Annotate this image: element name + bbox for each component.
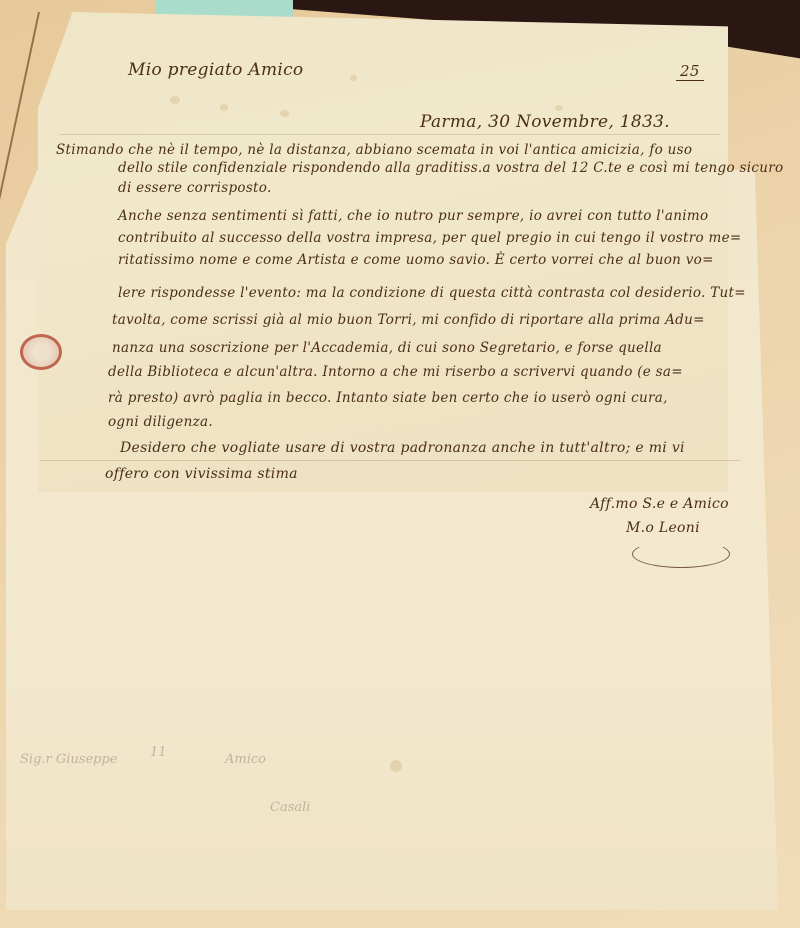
wax-seal-mark	[20, 334, 62, 370]
body-line: lere rispondesse l'evento: ma la condizi…	[118, 285, 746, 301]
signature-block: Aff.mo S.e e Amico M.o Leoni	[590, 492, 729, 540]
body-line: ogni diligenza.	[108, 414, 213, 430]
salutation: Mio pregiato Amico	[128, 60, 303, 80]
body-line: di essere corrisposto.	[118, 180, 272, 196]
body-line: Anche senza sentimenti sì fatti, che io …	[118, 208, 708, 224]
page-number: 25	[676, 62, 704, 81]
foxing-spot	[350, 75, 357, 81]
signature-flourish	[632, 540, 730, 568]
foxing-spot	[390, 760, 402, 772]
foxing-spot	[220, 104, 228, 111]
body-line: nanza una soscrizione per l'Accademia, d…	[112, 340, 662, 356]
body-line: ritatissimo nome e come Artista e come u…	[118, 252, 714, 268]
verso-fragment: Casali	[270, 800, 310, 815]
body-line: della Biblioteca e alcun'altra. Intorno …	[108, 364, 683, 380]
foxing-spot	[280, 110, 289, 117]
body-line: rà presto) avrò paglia in becco. Intanto…	[108, 390, 668, 406]
signature-line-1: Aff.mo S.e e Amico	[590, 492, 729, 516]
body-line: dello stile confidenziale rispondendo al…	[118, 160, 783, 176]
closing-line: offero con vivissima stima	[105, 466, 298, 482]
verso-fragment: Sig.r Giuseppe	[20, 752, 117, 767]
fold-line	[60, 134, 720, 135]
body-line: contribuito al successo della vostra imp…	[118, 230, 742, 246]
closing-line: Desidero che vogliate usare di vostra pa…	[120, 440, 685, 456]
body-line: Stimando che nè il tempo, nè la distanza…	[56, 142, 692, 158]
signature-name: M.o Leoni	[590, 516, 729, 540]
body-line: tavolta, come scrissi già al mio buon To…	[112, 312, 705, 328]
verso-fragment: 11	[150, 745, 167, 760]
verso-fragment: Amico	[225, 752, 266, 767]
foxing-spot	[555, 105, 563, 111]
fold-line	[40, 460, 740, 461]
foxing-spot	[170, 96, 180, 104]
date-line: Parma, 30 Novembre, 1833.	[420, 112, 670, 132]
